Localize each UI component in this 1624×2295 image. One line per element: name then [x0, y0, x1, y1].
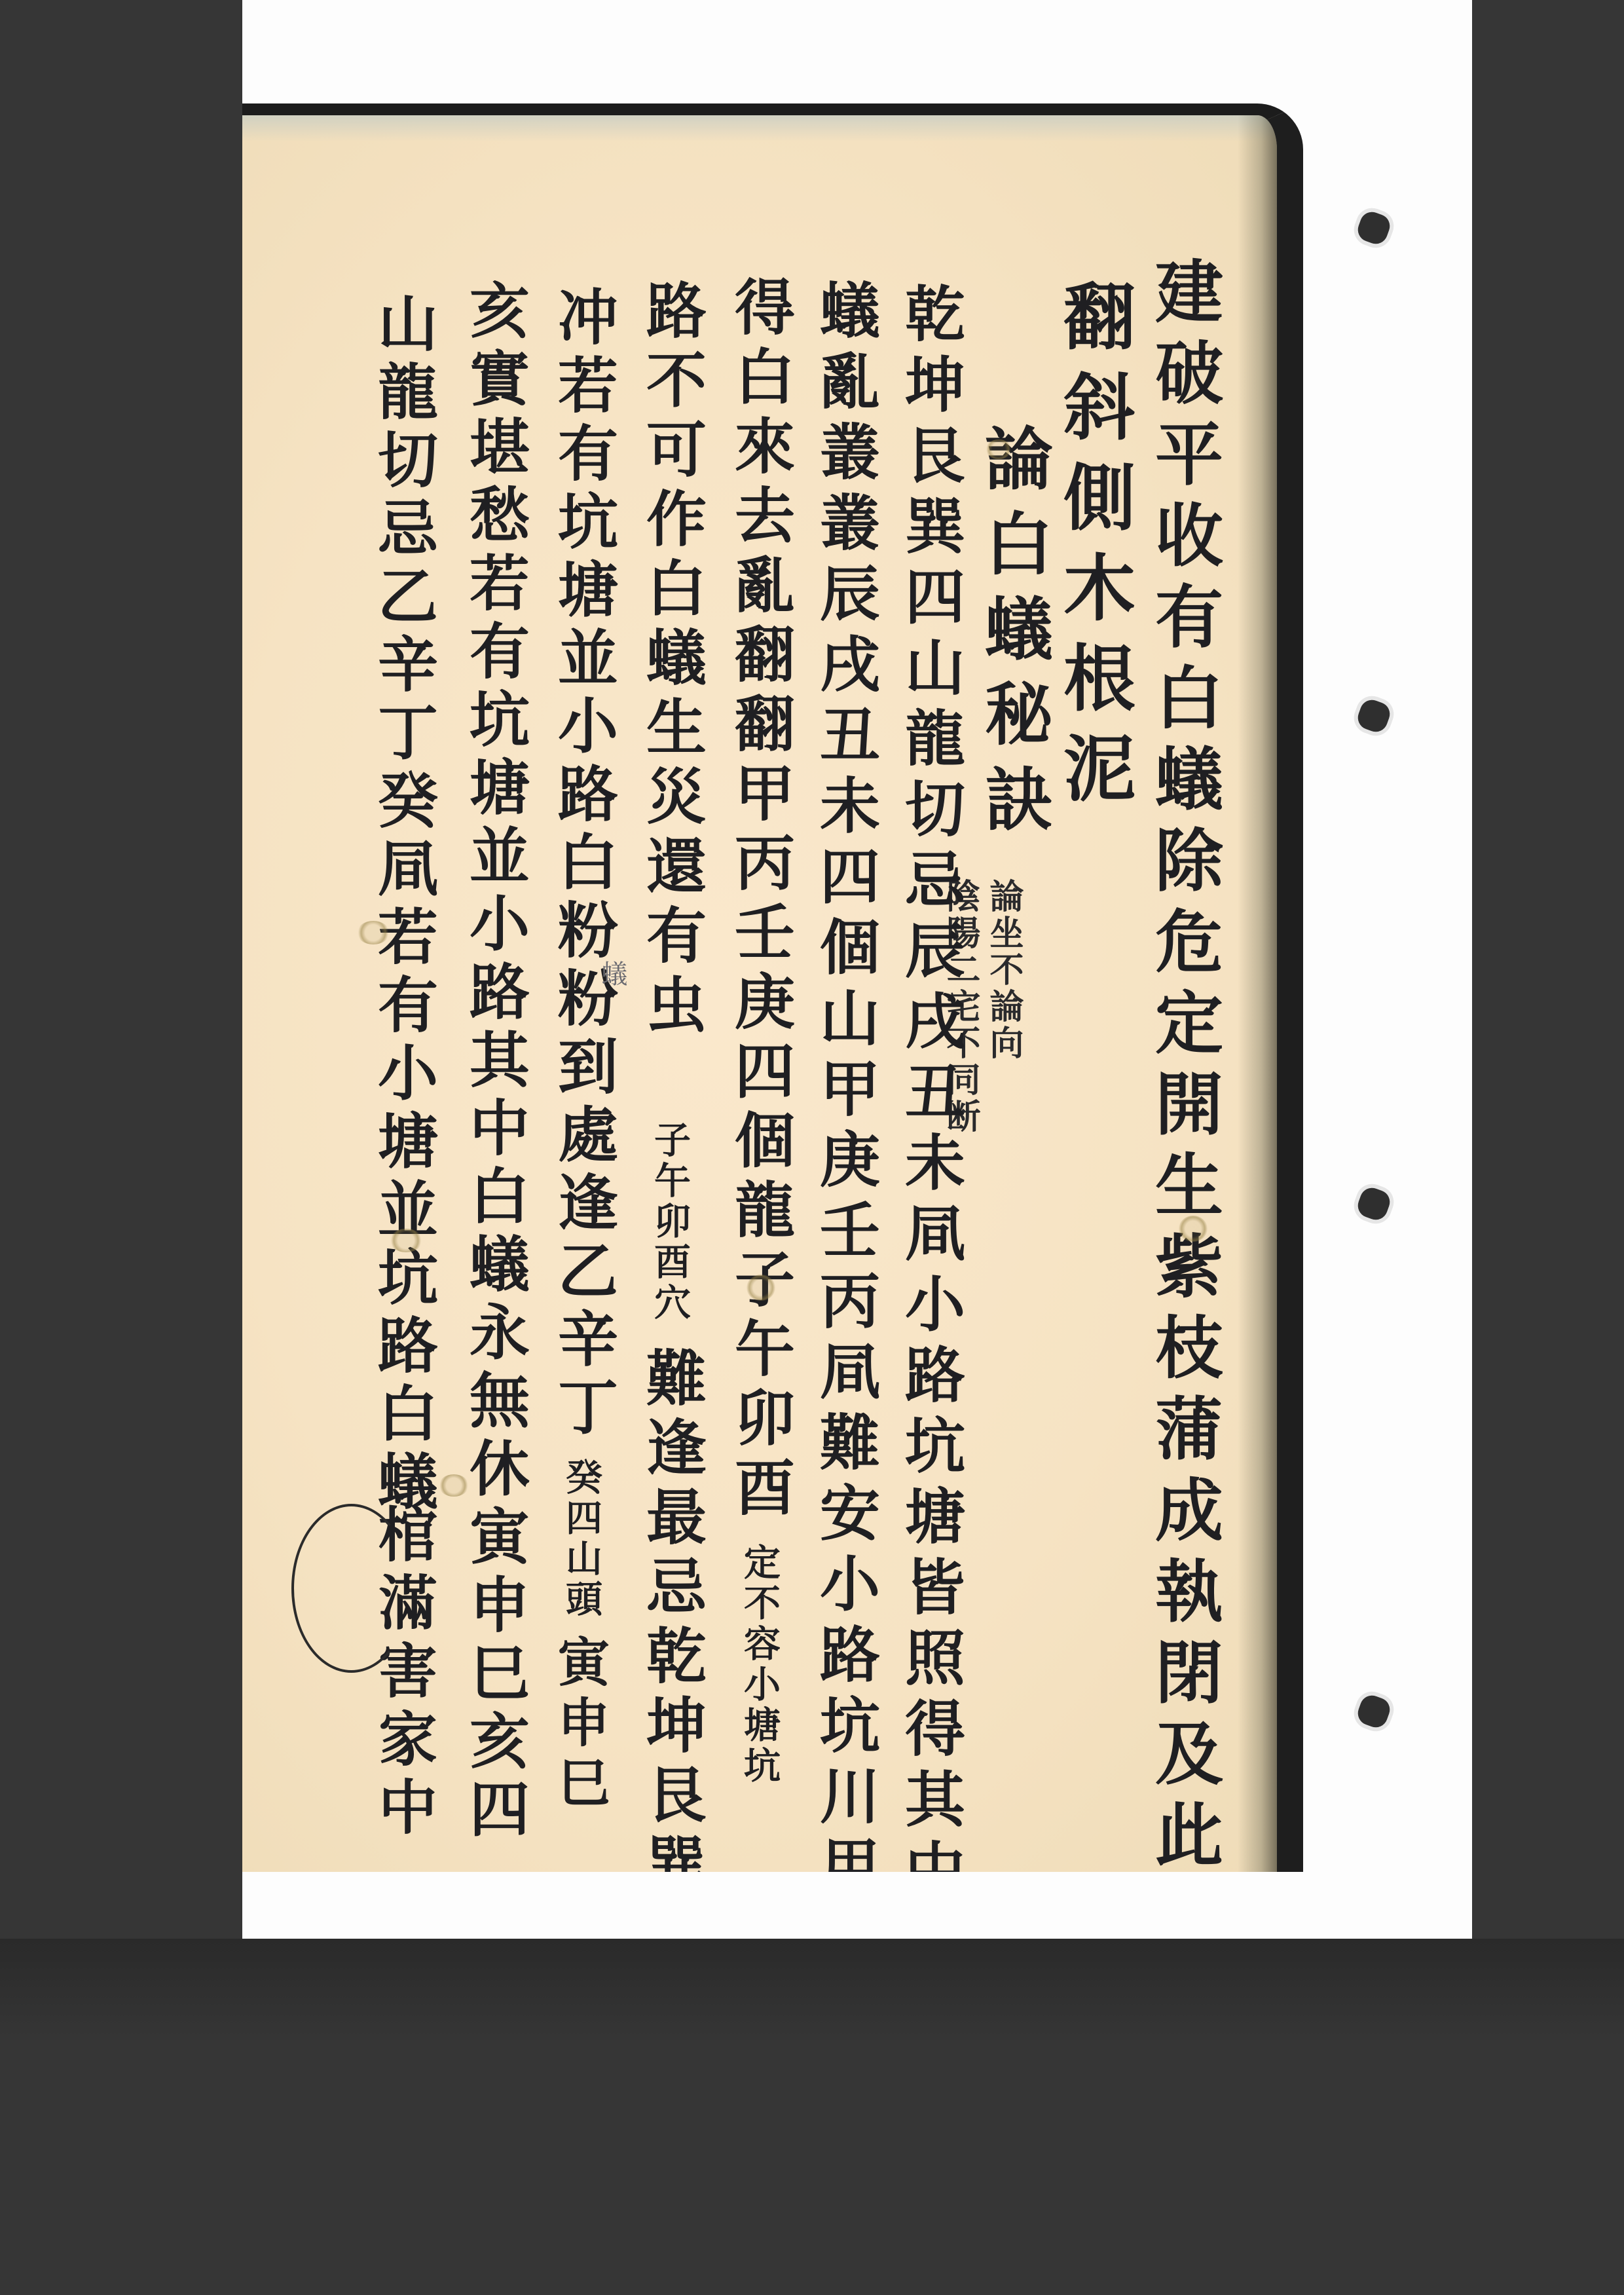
margin-correction: 蟻 — [599, 960, 625, 986]
stain — [1179, 1216, 1208, 1242]
stain — [986, 439, 1012, 459]
circled-character-mark — [291, 1504, 411, 1673]
text-column-4: 乾坤艮巽四山龍切忌辰戌丑未凬小路坑塘皆照得其中白 — [900, 282, 961, 1872]
text-column-8-small: 癸四山頭 — [563, 1458, 600, 1620]
text-column-6-small: 定不容小塘坑 — [741, 1543, 778, 1787]
manuscript-page: 建破平收有白蟻除危定開生紫枝蒲成執閉及此位凬 翻斜側木根泥 論白蟻秘訣 論坐不論… — [242, 103, 1303, 1872]
text-column-1: 建破平收有白蟻除危定開生紫枝蒲成執閉及此位凬 — [1149, 256, 1217, 1872]
text-column-7-tail: 難逢最忌乾坤艮巽 — [642, 1347, 702, 1872]
text-column-10: 山龍切忌乙辛丁癸凬若有小塘並坑路白蟻 — [373, 292, 434, 1518]
text-column-6: 得白來去亂翻翻甲丙壬庚四個龍子午卯酉 — [730, 276, 790, 1525]
stain — [357, 921, 390, 944]
text-column-2: 翻斜側木根泥 — [1058, 279, 1130, 821]
annotation-right: 論坐不論向 — [986, 878, 1020, 1135]
scanner-background — [0, 1939, 1624, 2295]
stain — [747, 1275, 775, 1301]
text-column-8-tail: 寅申巳 — [553, 1635, 606, 1816]
page-top-wear — [242, 115, 1277, 141]
stain — [439, 1474, 469, 1497]
text-column-8: 冲若有坑塘並小路白粉粉到處逢乙辛丁 — [553, 286, 614, 1444]
text-column-5: 蟻亂叢叢辰戌丑未四個山甲庚壬丙凬難安小路坑川用不 — [815, 279, 876, 1872]
text-column-7: 路不可作白蟻生災還有虫 — [642, 279, 702, 1043]
page-edge-shadow — [1238, 115, 1277, 1872]
text-column-9: 亥實堪愁若有坑塘並小路其中白蟻永無休寅申巳亥四 — [465, 279, 525, 1846]
text-column-7-small: 子午卯酉穴 — [652, 1121, 688, 1324]
section-heading: 論白蟻秘訣 — [979, 423, 1047, 849]
stain — [390, 1229, 422, 1252]
